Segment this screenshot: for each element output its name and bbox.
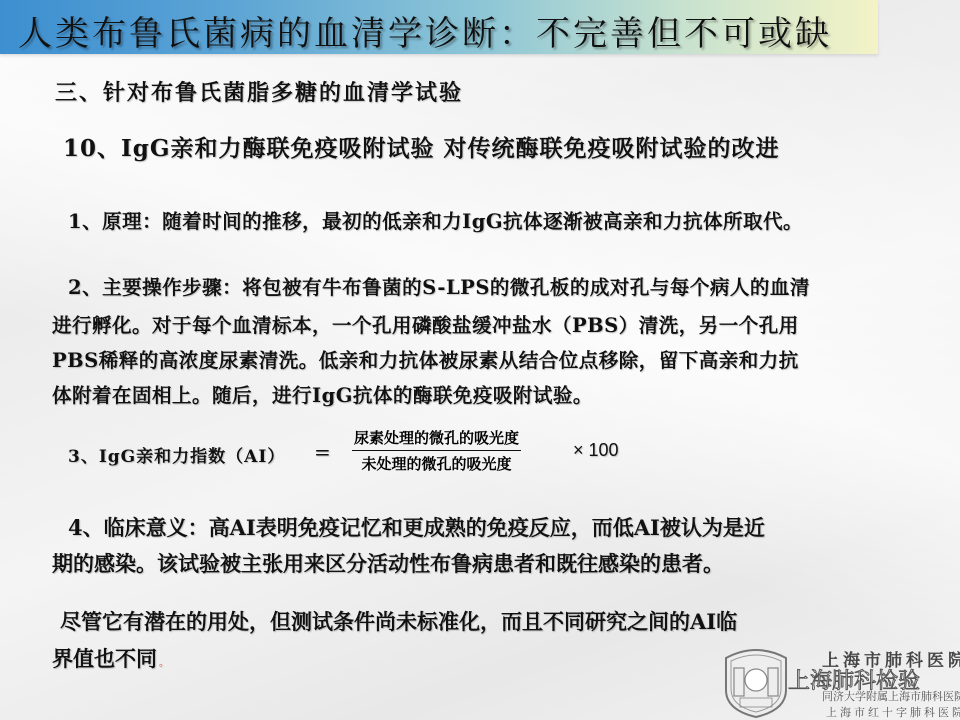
formula-label: 3、IgG亲和力指数（AI） (68, 442, 285, 467)
trailing-mark: 。 (159, 658, 169, 669)
procedure-line-1: 2、主要操作步骤：将包被有牛布鲁菌的S-LPS的微孔板的成对孔与每个病人的血清 (68, 272, 810, 300)
principle-text: 1、原理：随着时间的推移，最初的低亲和力IgG抗体逐渐被高亲和力抗体所取代。 (68, 206, 803, 234)
clinical-line-1: 4、临床意义：高AI表明免疫记忆和更成熟的免疫反应，而低AI被认为是近 (68, 512, 765, 542)
section-heading: 三、针对布鲁氏菌脂多糖的血清学试验 (55, 76, 463, 107)
formula-equals: = (314, 440, 331, 464)
hospital-watermark: 上海市肺科医院 上海肺科检验 同济大学附属上海市肺科医院 上海市红十字肺科医院 (722, 644, 958, 720)
clinical-line-2: 期的感染。该试验被主张用来区分活动性布鲁病患者和既往感染的患者。 (52, 548, 724, 578)
sub-heading: 10、IgG亲和力酶联免疫吸附试验 对传统酶联免疫吸附试验的改进 (63, 130, 780, 163)
slide-title: 人类布鲁氏菌病的血清学诊断：不完善但不可或缺 (18, 6, 832, 55)
procedure-line-3: PBS稀释的高浓度尿素清洗。低亲和力抗体被尿素从结合位点移除，留下高亲和力抗 (52, 345, 799, 373)
hospital-affiliation-1: 同济大学附属上海市肺科医院 (822, 688, 960, 704)
formula-fraction: 尿素处理的微孔的吸光度 未处理的微孔的吸光度 (352, 427, 521, 474)
caveat-line-2-text: 界值也不同 (52, 646, 157, 671)
formula-denominator: 未处理的微孔的吸光度 (352, 451, 521, 474)
caveat-line-1: 尽管它有潜在的用处，但测试条件尚未标准化，而且不同研究之间的AI临 (60, 606, 737, 636)
caveat-line-2: 界值也不同。 (52, 643, 169, 673)
title-banner: 人类布鲁氏菌病的血清学诊断：不完善但不可或缺 (0, 0, 878, 54)
formula-numerator: 尿素处理的微孔的吸光度 (352, 427, 521, 451)
formula-multiplier: × 100 (573, 440, 619, 461)
hospital-emblem-icon (722, 644, 790, 718)
hospital-affiliation-2: 上海市红十字肺科医院 (826, 704, 960, 720)
procedure-line-4: 体附着在固相上。随后，进行IgG抗体的酶联免疫吸附试验。 (52, 380, 593, 408)
procedure-line-2: 进行孵化。对于每个血清标本，一个孔用磷酸盐缓冲盐水（PBS）清洗，另一个孔用 (52, 310, 799, 338)
